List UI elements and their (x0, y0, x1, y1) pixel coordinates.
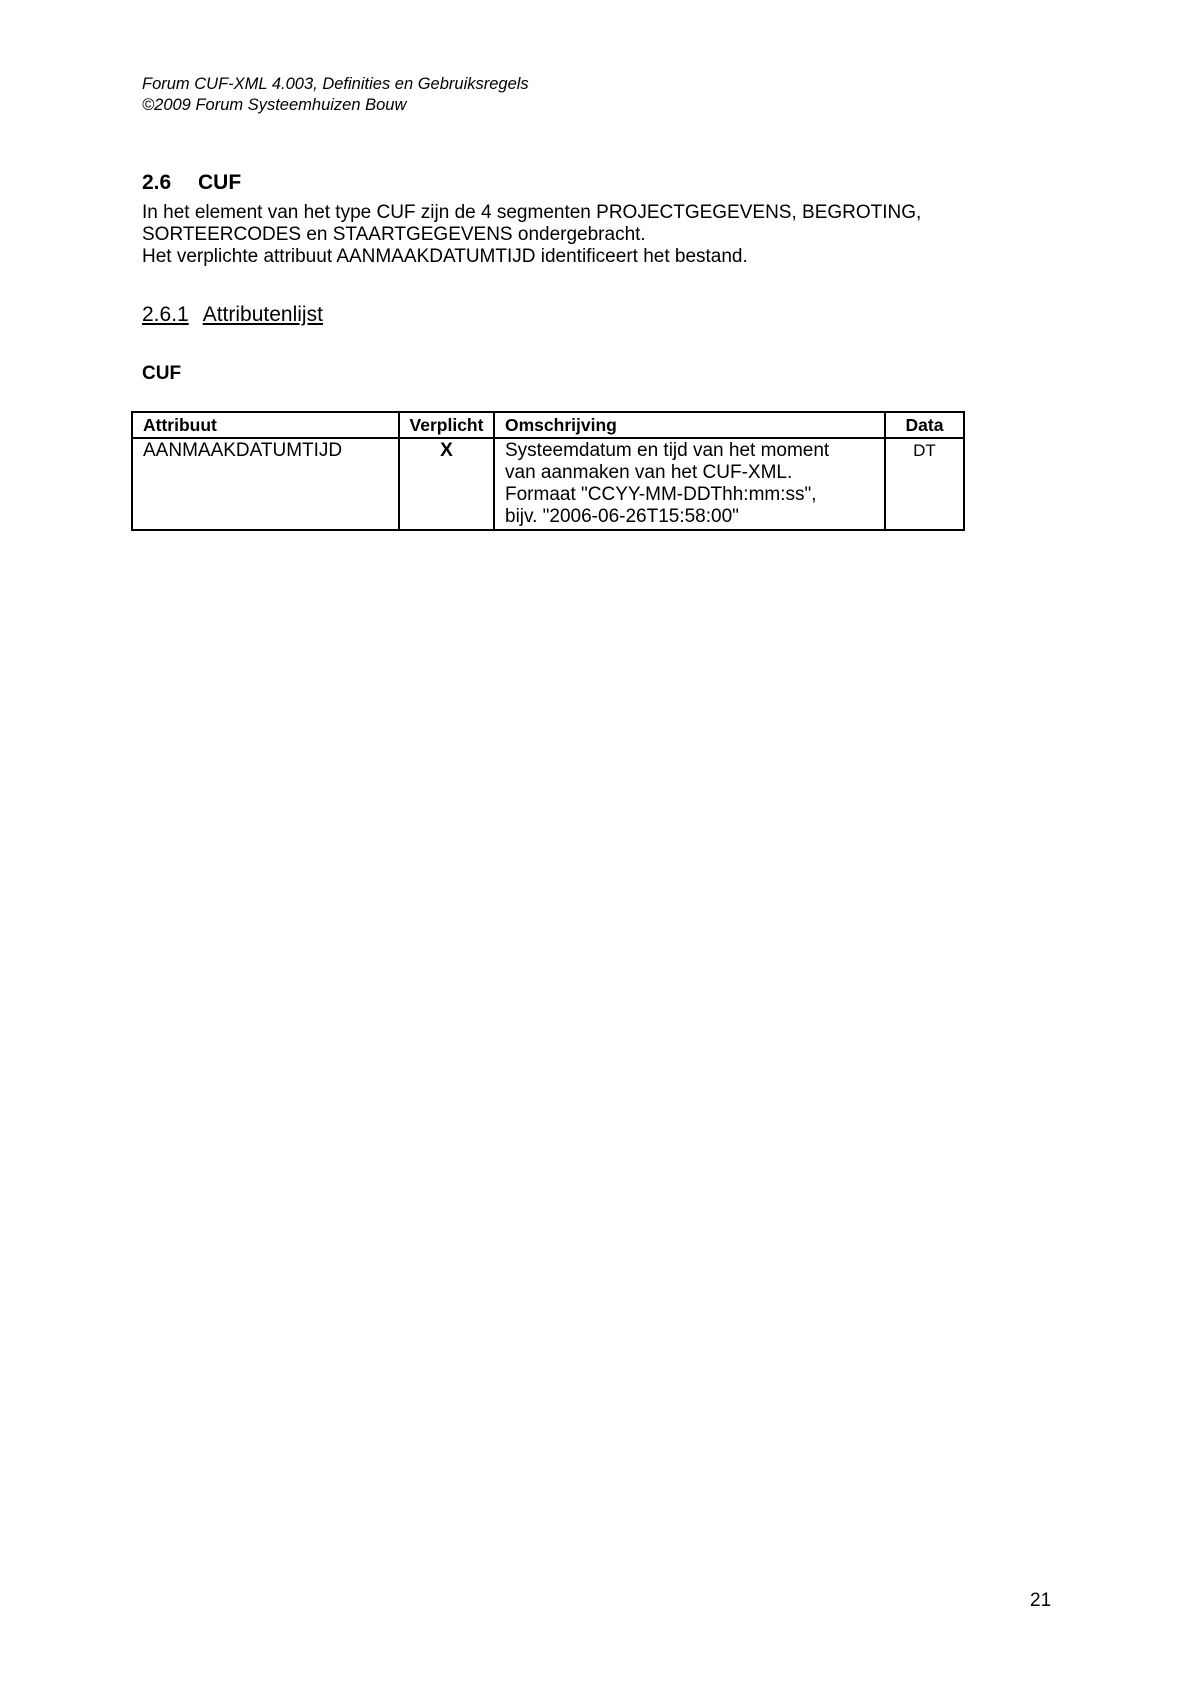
omschrijving-line: Systeemdatum en tijd van het moment (505, 440, 874, 462)
cell-verplicht: X (399, 438, 494, 530)
paragraph-line: SORTEERCODES en STAARTGEGEVENS ondergebr… (142, 224, 1082, 246)
table-row: AANMAAKDATUMTIJD X Systeemdatum en tijd … (132, 438, 964, 530)
cell-attribuut: AANMAAKDATUMTIJD (132, 438, 399, 530)
table-header-row: Attribuut Verplicht Omschrijving Data (132, 412, 964, 438)
section-heading: 2.6CUF (142, 170, 241, 196)
section-title: CUF (198, 171, 241, 194)
paragraph-line: Het verplichte attribuut AANMAAKDATUMTIJ… (142, 246, 1082, 268)
subsection-heading: 2.6.1Attributenlijst (142, 302, 323, 328)
column-header-omschrijving: Omschrijving (494, 412, 885, 438)
attributes-table: Attribuut Verplicht Omschrijving Data AA… (131, 411, 965, 531)
page-number: 21 (1030, 1590, 1051, 1612)
section-number: 2.6 (142, 170, 198, 196)
column-header-data: Data (885, 412, 964, 438)
paragraph-line: In het element van het type CUF zijn de … (142, 202, 1082, 224)
cell-data: DT (885, 438, 964, 530)
cell-omschrijving: Systeemdatum en tijd van het moment van … (494, 438, 885, 530)
column-header-attribuut: Attribuut (132, 412, 399, 438)
omschrijving-line: bijv. "2006-06-26T15:58:00" (505, 506, 874, 528)
subsection-title: Attributenlijst (203, 303, 323, 326)
header-copyright: ©2009 Forum Systeemhuizen Bouw (142, 95, 529, 116)
column-header-verplicht: Verplicht (399, 412, 494, 438)
header-title: Forum CUF-XML 4.003, Definities en Gebru… (142, 74, 529, 95)
omschrijving-line: Formaat "CCYY-MM-DDThh:mm:ss", (505, 484, 874, 506)
section-paragraph: In het element van het type CUF zijn de … (142, 202, 1082, 268)
document-header: Forum CUF-XML 4.003, Definities en Gebru… (142, 74, 529, 116)
omschrijving-line: van aanmaken van het CUF-XML. (505, 462, 874, 484)
subsection-number: 2.6.1 (142, 303, 189, 326)
table-title: CUF (142, 362, 181, 386)
